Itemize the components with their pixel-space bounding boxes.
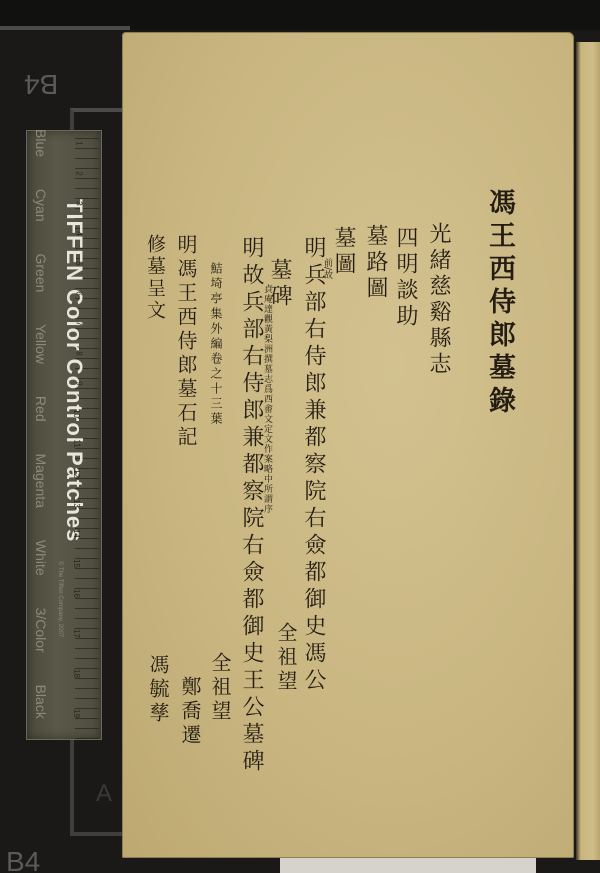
ruler-number: 4: [74, 231, 83, 235]
ruler-number: 17: [72, 629, 81, 638]
patch-label: Black: [33, 685, 49, 719]
author-signature: 馮毓孳: [144, 654, 173, 726]
ruler-number: 11: [72, 439, 81, 447]
ruler-number: 9: [74, 381, 83, 385]
ruler-number: 3: [74, 201, 83, 205]
ruler-number: 12: [72, 469, 81, 478]
ruler-number: 19: [72, 709, 81, 718]
patch-label: White: [33, 540, 49, 576]
author-signature: 全祖望: [206, 652, 235, 724]
patch-label: Red: [33, 396, 49, 422]
author-signature: 鄭喬遷: [176, 676, 205, 748]
ruler-number: 2: [74, 171, 83, 175]
toc-entry: 明故兵部右侍郎兼都察院右僉都御史王公墓碑: [240, 236, 262, 776]
color-patch-labels: Blue Cyan Green Yellow Red Magenta White…: [33, 129, 49, 737]
ruler-number: 8: [74, 351, 83, 355]
patch-label: Cyan: [33, 189, 49, 222]
toc-entry: 明兵部右侍郎兼都察院右僉都御史馮公: [302, 236, 324, 695]
toc-entry: 墓路圖: [364, 224, 386, 302]
document-title: 馮王西侍郎墓錄: [486, 188, 513, 419]
toc-annotation: 前/故: [322, 258, 331, 279]
ruler-number: 14: [72, 529, 81, 538]
ruler-numbers: 1 2 3 4 5 6 7 8 9 10 11 12 13 14 15 16 1…: [69, 131, 81, 739]
toc-entry: 墓圖: [332, 226, 354, 278]
toc-entry: 光緒慈谿縣志: [427, 222, 449, 378]
ruler-number: 1: [74, 141, 83, 145]
toc-entry: 明馮王西侍郎墓石記: [176, 234, 196, 450]
patch-label: Blue: [33, 129, 49, 157]
ruler-number: 16: [72, 589, 81, 598]
chart-copyright: © The Tiffen Company, 2007: [57, 561, 63, 637]
scanner-frame-line: [0, 26, 130, 30]
bottom-strip: [280, 858, 536, 873]
frame-label-top: B4: [24, 68, 58, 100]
frame-label-bottom: B4: [6, 846, 40, 873]
ruler-number: 15: [72, 559, 81, 568]
author-signature: 全祖望: [272, 622, 301, 694]
ruler-number: 13: [72, 499, 81, 508]
ruler-number: 5: [74, 261, 83, 265]
patch-label: Yellow: [33, 324, 49, 364]
ruler-number: 7: [74, 321, 83, 325]
toc-entry: 修墓呈文: [145, 234, 164, 322]
color-control-chart: Blue Cyan Green Yellow Red Magenta White…: [26, 130, 102, 740]
toc-source-note: 鮚埼亭集外編卷之十三葉: [210, 262, 222, 427]
ruler-number: 18: [72, 669, 81, 678]
next-page-edge: [576, 42, 600, 860]
patch-label: 3/Color: [33, 608, 49, 653]
patch-label: Magenta: [33, 454, 49, 508]
ruler-number: 6: [74, 291, 83, 295]
frame-label-a: A: [96, 780, 112, 808]
patch-label: Green: [33, 254, 49, 293]
toc-entry: 四明談助: [394, 226, 416, 330]
ruler-number: 10: [72, 409, 81, 418]
